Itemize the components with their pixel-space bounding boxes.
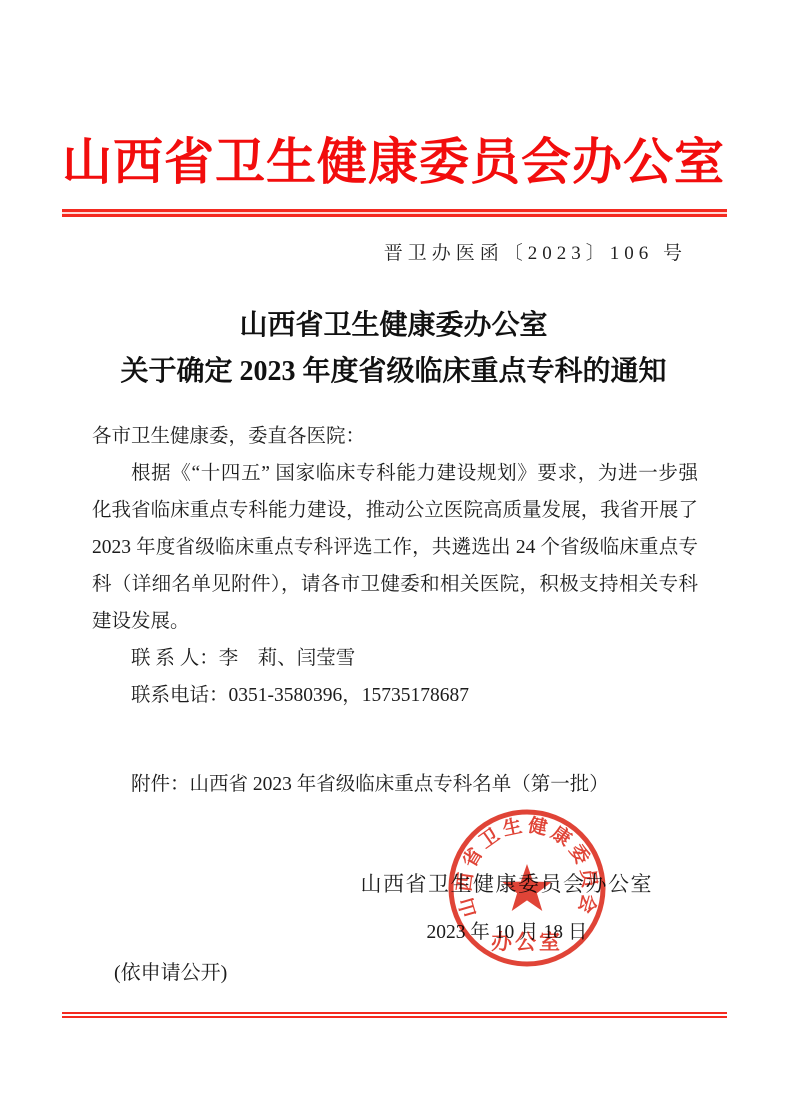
document-body: 各市卫生健康委，委直各医院： 根据《“十四五” 国家临床专科能力建设规划》要求，…: [92, 418, 698, 803]
disclosure-note: (依申请公开): [114, 956, 227, 985]
main-paragraph: 根据《“十四五” 国家临床专科能力建设规划》要求，为进一步强化我省临床重点专科能…: [92, 455, 698, 640]
footer-divider-line: [62, 1012, 727, 1018]
document-title-line1: 山西省卫生健康委办公室: [0, 303, 787, 349]
contact-phone-line: 联系电话：0351-3580396，15735178687: [92, 677, 698, 714]
document-title-line2: 关于确定 2023 年度省级临床重点专科的通知: [0, 349, 787, 395]
issuer-signature: 山西省卫生健康委员会办公室: [361, 868, 654, 898]
issue-date: 2023 年 10 月 18 日: [414, 916, 600, 944]
seal-ring-text: 山西省卫生健康委员会: [453, 813, 601, 920]
salutation-line: 各市卫生健康委，委直各医院：: [92, 418, 698, 455]
document-title: 山西省卫生健康委办公室 关于确定 2023 年度省级临床重点专科的通知: [0, 303, 787, 395]
contact-person-line: 联 系 人：李 莉、闫莹雪: [92, 640, 698, 677]
attachment-line: 附件：山西省 2023 年省级临床重点专科名单（第一批）: [92, 766, 698, 803]
masthead-divider-line: [62, 209, 727, 217]
document-reference-number: 晋卫办医函〔2023〕106 号: [384, 238, 687, 265]
agency-masthead-title: 山西省卫生健康委员会办公室: [0, 122, 787, 194]
official-document-page: 山西省卫生健康委员会办公室 晋卫办医函〔2023〕106 号 山西省卫生健康委办…: [0, 0, 787, 1112]
svg-text:山西省卫生健康委员会: 山西省卫生健康委员会: [453, 813, 601, 920]
